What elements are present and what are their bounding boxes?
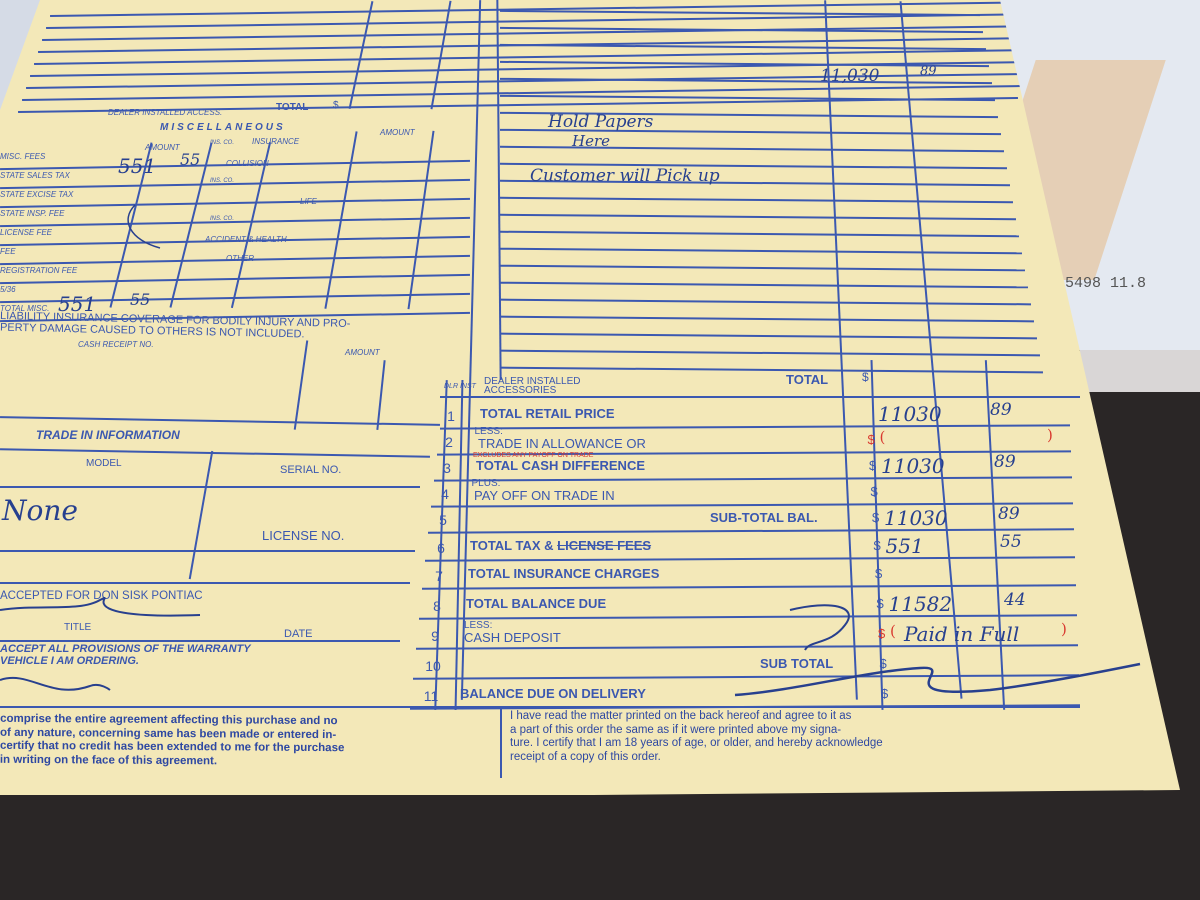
agreement-left-text: comprise the entire agreement affecting … xyxy=(0,713,345,769)
signatures xyxy=(0,0,1180,800)
background-shelf xyxy=(1080,350,1200,392)
agreement-right-text: I have read the matter printed on the ba… xyxy=(510,710,883,764)
purchase-order-form: DEALER INSTALLED ACCESS. TOTAL $ MISCELL… xyxy=(0,0,1180,795)
background-typed-text: 5498 11.8 xyxy=(1065,275,1146,292)
